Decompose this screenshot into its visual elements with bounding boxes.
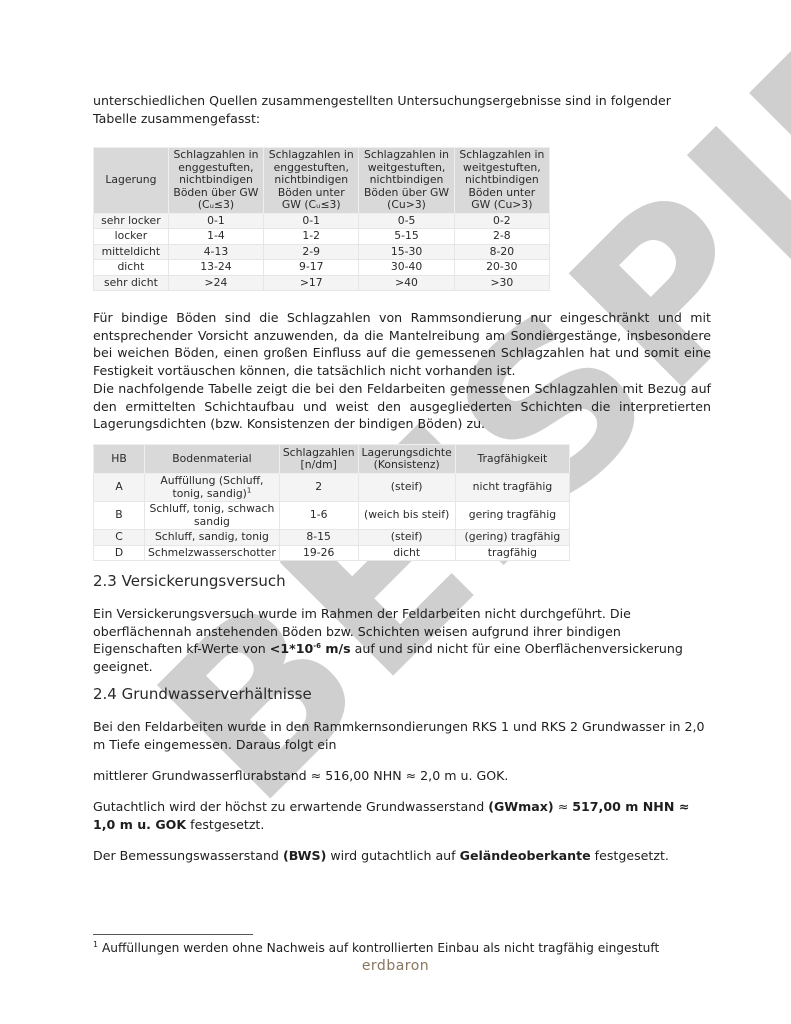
document-page: BEISPIEL unterschiedlichen Quellen zusam…: [0, 0, 791, 1024]
cell-lagerungsdichte: (steif): [358, 530, 455, 546]
col-header: Tragfähigkeit: [455, 445, 569, 474]
paragraph-grundwasser-1: Bei den Feldarbeiten wurde in den Rammke…: [93, 718, 711, 753]
paragraph-table2-intro: Die nachfolgende Tabelle zeigt die bei d…: [93, 380, 711, 433]
table-header-row: Lagerung Schlagzahlen in enggestuften, n…: [94, 148, 550, 214]
cell: sehr locker: [94, 213, 169, 229]
col-header: Bodenmaterial: [145, 445, 280, 474]
cell-hb: C: [94, 530, 145, 546]
cell-material: Schluff, tonig, schwach sandig: [145, 502, 280, 530]
cell: 0-1: [168, 213, 263, 229]
cell-hb: B: [94, 502, 145, 530]
table-row: A Auffüllung (Schluff, tonig, sandig)1 2…: [94, 474, 570, 502]
section-heading-2-3: 2.3 Versickerungsversuch: [93, 571, 286, 591]
paragraph-bws: Der Bemessungswasserstand (BWS) wird gut…: [93, 847, 711, 865]
footnote-separator: [93, 934, 253, 935]
cell-lagerungsdichte: (steif): [358, 474, 455, 502]
cell: 0-5: [359, 213, 454, 229]
cell: 2-8: [454, 229, 549, 245]
cell-schlagzahlen: 19-26: [279, 545, 358, 561]
cell: >24: [168, 275, 263, 291]
cell: 20-30: [454, 260, 549, 276]
col-header: Schlagzahlen in weitgestuften, nichtbind…: [359, 148, 454, 214]
cell-material: Auffüllung (Schluff, tonig, sandig)1: [145, 474, 280, 502]
col-header: Lagerungsdichte (Konsistenz): [358, 445, 455, 474]
footnote-ref: 1: [247, 486, 251, 494]
paragraph-versickerung: Ein Versickerungsversuch wurde im Rahmen…: [93, 605, 711, 675]
cell: >40: [359, 275, 454, 291]
cell: sehr dicht: [94, 275, 169, 291]
table-row: mitteldicht 4-13 2-9 15-30 8-20: [94, 244, 550, 260]
cell-material: Schmelzwasserschotter: [145, 545, 280, 561]
cell-tragfaehigkeit: gering tragfähig: [455, 502, 569, 530]
cell-tragfaehigkeit: (gering) tragfähig: [455, 530, 569, 546]
cell: 5-15: [359, 229, 454, 245]
cell-hb: A: [94, 474, 145, 502]
table-row: locker 1-4 1-2 5-15 2-8: [94, 229, 550, 245]
cell: 2-9: [264, 244, 359, 260]
cell-tragfaehigkeit: nicht tragfähig: [455, 474, 569, 502]
cell: mitteldicht: [94, 244, 169, 260]
cell: 30-40: [359, 260, 454, 276]
cell: 1-4: [168, 229, 263, 245]
erdbaron-logo: erdbaron: [0, 958, 791, 974]
section-heading-2-4: 2.4 Grundwasserverhältnisse: [93, 684, 312, 704]
col-header: HB: [94, 445, 145, 474]
col-header: Lagerung: [94, 148, 169, 214]
col-header: Schlagzahlen in weitgestuften, nichtbind…: [454, 148, 549, 214]
table-row: sehr locker 0-1 0-1 0-5 0-2: [94, 213, 550, 229]
table-row: C Schluff, sandig, tonig 8-15 (steif) (g…: [94, 530, 570, 546]
cell: 0-2: [454, 213, 549, 229]
table-row: D Schmelzwasserschotter 19-26 dicht trag…: [94, 545, 570, 561]
cell: 8-20: [454, 244, 549, 260]
cell-lagerungsdichte: (weich bis steif): [358, 502, 455, 530]
cell-schlagzahlen: 8-15: [279, 530, 358, 546]
col-header: Schlagzahlen in enggestuften, nichtbindi…: [168, 148, 263, 214]
table-lagerung-schlagzahlen: Lagerung Schlagzahlen in enggestuften, n…: [93, 147, 550, 291]
table-header-row: HB Bodenmaterial Schlagzahlen [n/dm] Lag…: [94, 445, 570, 474]
cell-lagerungsdichte: dicht: [358, 545, 455, 561]
table-row: dicht 13-24 9-17 30-40 20-30: [94, 260, 550, 276]
kf-value: <1*10-6 m/s: [270, 641, 351, 656]
cell-material: Schluff, sandig, tonig: [145, 530, 280, 546]
cell: >30: [454, 275, 549, 291]
paragraph-bindige-boeden: Für bindige Böden sind die Schlagzahlen …: [93, 309, 711, 379]
cell: locker: [94, 229, 169, 245]
intro-paragraph: unterschiedlichen Quellen zusammengestel…: [93, 92, 711, 127]
col-header: Schlagzahlen in enggestuften, nichtbindi…: [264, 148, 359, 214]
cell: >17: [264, 275, 359, 291]
cell-hb: D: [94, 545, 145, 561]
cell: 15-30: [359, 244, 454, 260]
cell-schlagzahlen: 1-6: [279, 502, 358, 530]
table-row: B Schluff, tonig, schwach sandig 1-6 (we…: [94, 502, 570, 530]
paragraph-gwmax: Gutachtlich wird der höchst zu erwartend…: [93, 798, 711, 833]
cell: 4-13: [168, 244, 263, 260]
table-row: sehr dicht >24 >17 >40 >30: [94, 275, 550, 291]
cell-tragfaehigkeit: tragfähig: [455, 545, 569, 561]
paragraph-grundwasser-2: mittlerer Grundwasserflurabstand ≈ 516,0…: [93, 767, 711, 785]
cell: 0-1: [264, 213, 359, 229]
cell-schlagzahlen: 2: [279, 474, 358, 502]
footnote: 1 Auffüllungen werden ohne Nachweis auf …: [93, 940, 713, 956]
col-header: Schlagzahlen [n/dm]: [279, 445, 358, 474]
table-schichtaufbau: HB Bodenmaterial Schlagzahlen [n/dm] Lag…: [93, 444, 570, 561]
cell: 1-2: [264, 229, 359, 245]
cell: 9-17: [264, 260, 359, 276]
cell: 13-24: [168, 260, 263, 276]
cell: dicht: [94, 260, 169, 276]
